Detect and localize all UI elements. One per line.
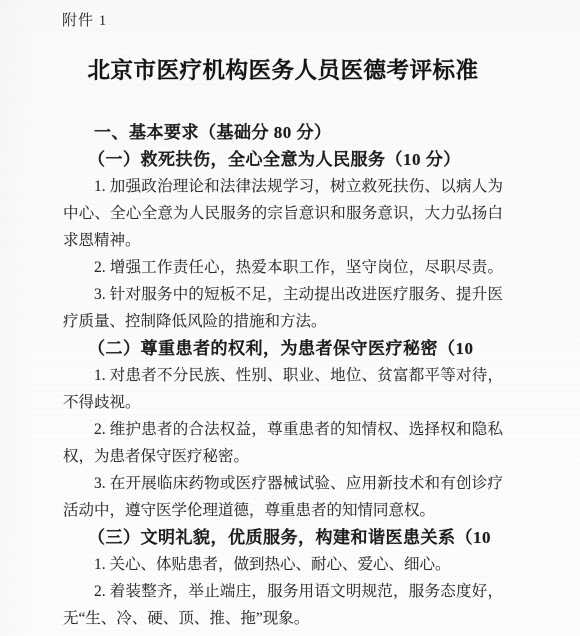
subsection-3-heading: （三）文明礼貌，优质服务，构建和谐医患关系（10 分） (63, 524, 503, 551)
doc-line: 中心、全心全意为人民服务的宗旨意识和服务意识，大力弘扬白 (63, 200, 503, 227)
doc-line: 疗质量、控制降低风险的措施和方法。 (63, 308, 503, 335)
scanned-document-page: 附件 1 北京市医疗机构医务人员医德考评标准 一、基本要求（基础分 80 分） … (0, 0, 580, 636)
doc-line: 1. 关心、体贴患者，做到热心、耐心、爱心、细心。 (63, 551, 503, 578)
subsection-2-heading: （二）尊重患者的权利，为患者保守医疗秘密（10 分） (63, 335, 503, 362)
doc-line: 2. 维护患者的合法权益，尊重患者的知情权、选择权和隐私 (63, 416, 503, 443)
doc-line: 不得歧视。 (63, 389, 503, 416)
document-body: 一、基本要求（基础分 80 分） （一）救死扶伤，全心全意为人民服务（10 分）… (63, 119, 503, 632)
section-1-heading: 一、基本要求（基础分 80 分） (63, 119, 503, 146)
doc-line: 3. 针对服务中的短板不足，主动提出改进医疗服务、提升医 (63, 281, 503, 308)
doc-line: 3. 在开展临床药物或医疗器械试验、应用新技术和有创诊疗 (63, 470, 503, 497)
doc-line: 权，为患者保守医疗秘密。 (63, 443, 503, 470)
doc-line: 求恩精神。 (63, 227, 503, 254)
attachment-label: 附件 1 (62, 11, 107, 31)
doc-line: 1. 对患者不分民族、性别、职业、地位、贫富都平等对待， (63, 362, 503, 389)
doc-line: 2. 着装整齐，举止端庄，服务用语文明规范，服务态度好， (63, 578, 503, 605)
doc-line: 无“生、冷、硬、顶、推、拖”现象。 (63, 605, 503, 632)
doc-line: 1. 加强政治理论和法律法规学习，树立救死扶伤、以病人为 (63, 173, 503, 200)
doc-line: 活动中，遵守医学伦理道德，尊重患者的知情同意权。 (63, 497, 503, 524)
doc-line: 2. 增强工作责任心，热爱本职工作，坚守岗位，尽职尽责。 (63, 254, 503, 281)
document-title: 北京市医疗机构医务人员医德考评标准 (63, 56, 503, 86)
subsection-1-heading: （一）救死扶伤，全心全意为人民服务（10 分） (63, 146, 503, 173)
